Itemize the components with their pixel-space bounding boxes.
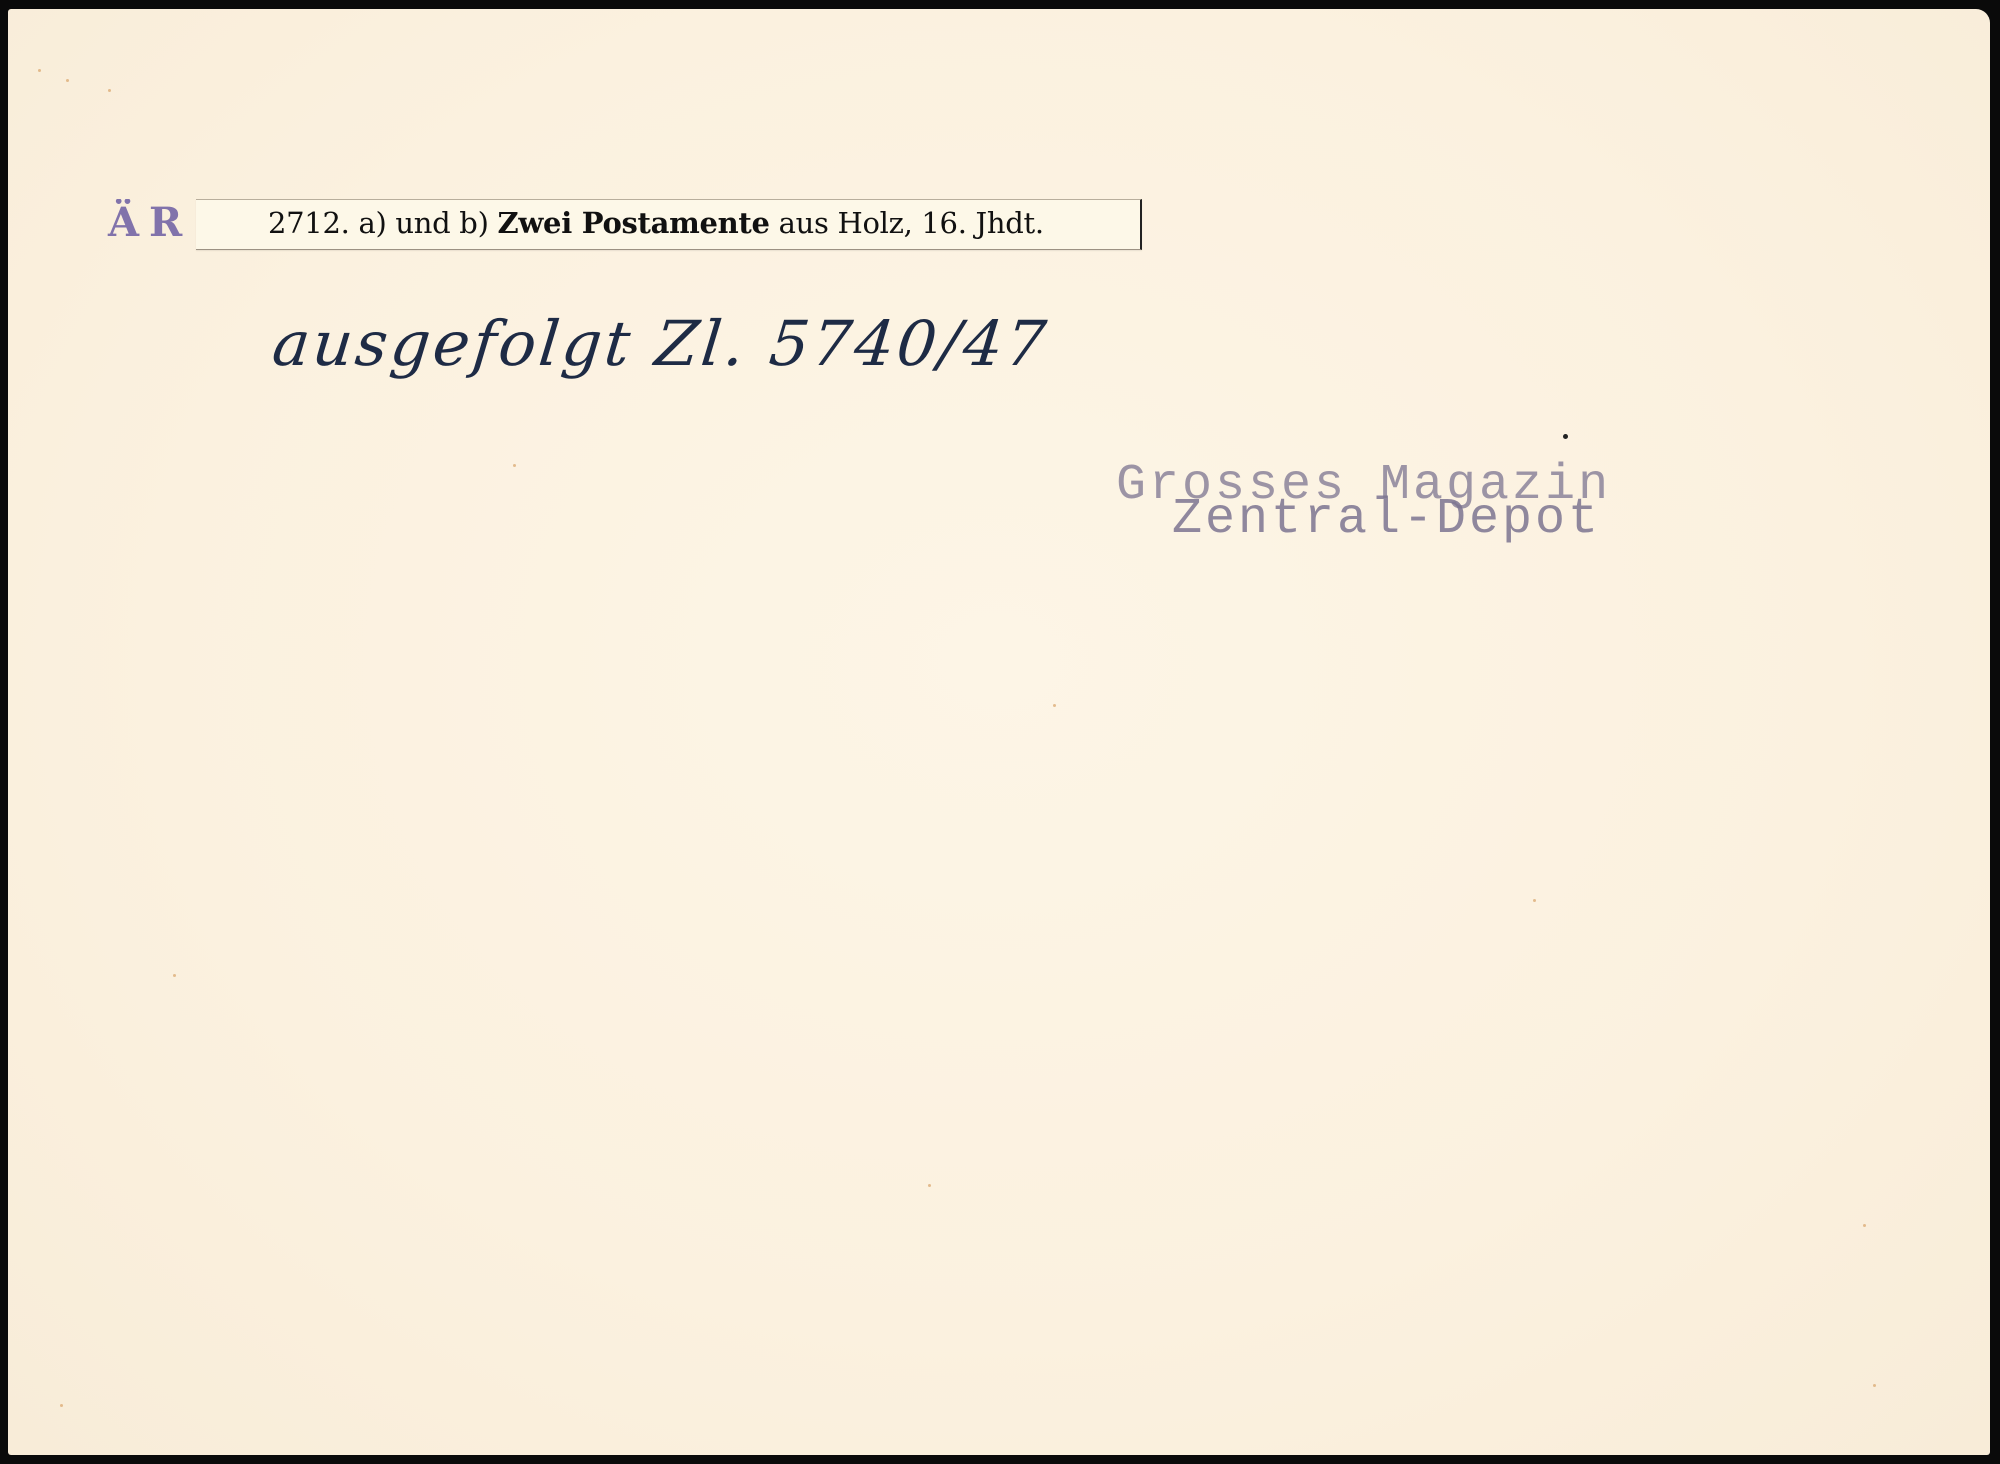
inventory-stamp: ÄR xyxy=(108,199,192,246)
paper-speck xyxy=(928,1184,931,1187)
catalog-number: 2712. xyxy=(268,206,350,240)
paper-speck xyxy=(1053,704,1056,707)
paper-speck xyxy=(1533,899,1536,902)
ink-dot xyxy=(1563,434,1568,439)
paper-speck xyxy=(1863,1224,1866,1227)
paper-speck xyxy=(173,974,176,977)
paper-speck xyxy=(1873,1384,1876,1387)
index-card: ÄR 2712. a) und b) Zwei Postamente aus H… xyxy=(8,9,1990,1455)
paper-speck xyxy=(66,79,69,82)
paper-speck xyxy=(108,89,111,92)
catalog-label-text: 2712. a) und b) Zwei Postamente aus Holz… xyxy=(268,206,1044,240)
catalog-suffix: aus Holz, 16. Jhdt. xyxy=(779,206,1044,240)
paper-speck xyxy=(60,1404,63,1407)
paper-speck xyxy=(513,464,516,467)
catalog-label: 2712. a) und b) Zwei Postamente aus Holz… xyxy=(196,199,1142,250)
catalog-prefix: a) und b) xyxy=(358,206,488,240)
location-stamp: Grosses Magazin Zentral-Depot xyxy=(1116,461,1611,545)
paper-speck xyxy=(38,69,41,72)
location-stamp-line2: Zentral-Depot xyxy=(1172,495,1611,545)
catalog-title: Zwei Postamente xyxy=(498,206,770,240)
handwritten-note: ausgefolgt Zl. 5740/47 xyxy=(269,307,1052,380)
